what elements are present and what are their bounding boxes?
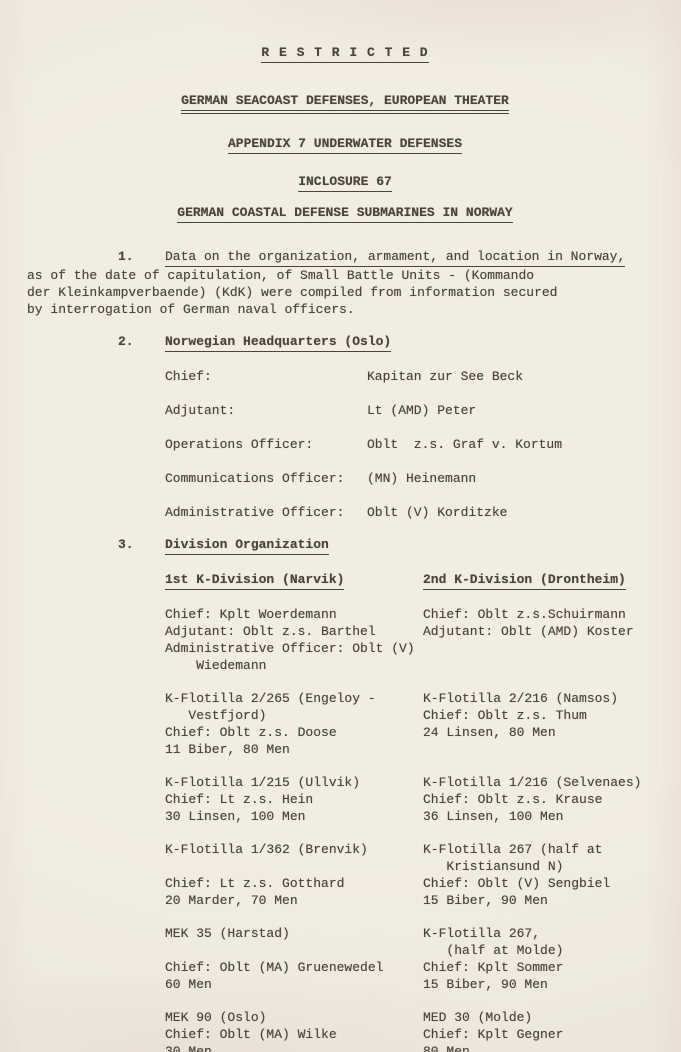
paragraph-1-line-1: 1.Data on the organization, armament, an…	[27, 248, 663, 267]
flotilla-row-1: K-Flotilla 2/265 (Engeloy - Vestfjord) C…	[165, 690, 663, 758]
subject-title-text: GERMAN COASTAL DEFENSE SUBMARINES IN NOR…	[177, 204, 512, 223]
officer-label: Chief:	[165, 368, 367, 385]
paragraph-1-line-2: as of the date of capitulation, of Small…	[27, 267, 663, 284]
flotilla-block-267-kristiansund: K-Flotilla 267 (half at Kristiansund N) …	[423, 841, 663, 909]
section-3-heading: 3.Division Organization	[27, 536, 663, 555]
section-3: 3.Division Organization 1st K-Division (…	[27, 536, 663, 1052]
division-2-heading-text: 2nd K-Division (Drontheim)	[423, 571, 626, 590]
classification-text: R E S T R I C T E D	[261, 44, 428, 63]
paragraph-1-number: 1.	[118, 248, 165, 265]
division-1-heading: 1st K-Division (Narvik)	[165, 571, 423, 590]
flotilla-block-2-265: K-Flotilla 2/265 (Engeloy - Vestfjord) C…	[165, 690, 423, 758]
flotilla-row-2: K-Flotilla 1/215 (Ullvik) Chief: Lt z.s.…	[165, 774, 663, 825]
document-title: GERMAN SEACOAST DEFENSES, EUROPEAN THEAT…	[27, 92, 663, 114]
section-2: 2.Norwegian Headquarters (Oslo) Chief: K…	[27, 333, 663, 521]
division-1-heading-text: 1st K-Division (Narvik)	[165, 571, 344, 590]
officer-row-adjutant: Adjutant: Lt (AMD) Peter	[165, 402, 663, 419]
division-columns: 1st K-Division (Narvik) 2nd K-Division (…	[27, 571, 663, 1052]
officer-label: Communications Officer:	[165, 470, 367, 487]
officer-value: Oblt (V) Korditzke	[367, 504, 507, 521]
headquarters-officer-list: Chief: Kapitan zur See Beck Adjutant: Lt…	[27, 368, 663, 521]
officer-label: Adjutant:	[165, 402, 367, 419]
flotilla-row-3: K-Flotilla 1/362 (Brenvik) Chief: Lt z.s…	[165, 841, 663, 909]
inclosure-number: INCLOSURE 67	[27, 173, 663, 192]
paragraph-1-lead: Data on the organization, armament, and …	[165, 248, 625, 267]
division-staff-row: Chief: Kplt Woerdemann Adjutant: Oblt z.…	[165, 606, 663, 674]
flotilla-block-1-362: K-Flotilla 1/362 (Brenvik) Chief: Lt z.s…	[165, 841, 423, 909]
officer-label: Administrative Officer:	[165, 504, 367, 521]
subject-title: GERMAN COASTAL DEFENSE SUBMARINES IN NOR…	[27, 204, 663, 223]
division-1-staff-block: Chief: Kplt Woerdemann Adjutant: Oblt z.…	[165, 606, 423, 674]
flotilla-row-4: MEK 35 (Harstad) Chief: Oblt (MA) Gruene…	[165, 925, 663, 993]
med-30-block: MED 30 (Molde) Chief: Kplt Gegner 80 Men	[423, 1009, 663, 1052]
appendix-title-text: APPENDIX 7 UNDERWATER DEFENSES	[228, 135, 462, 154]
officer-row-operations: Operations Officer: Oblt z.s. Graf v. Ko…	[165, 436, 663, 453]
appendix-title: APPENDIX 7 UNDERWATER DEFENSES	[27, 135, 663, 154]
section-3-number: 3.	[118, 536, 165, 553]
mek-35-block: MEK 35 (Harstad) Chief: Oblt (MA) Gruene…	[165, 925, 423, 993]
officer-row-chief: Chief: Kapitan zur See Beck	[165, 368, 663, 385]
scanned-document-page: R E S T R I C T E D GERMAN SEACOAST DEFE…	[0, 0, 681, 1052]
flotilla-row-5: MEK 90 (Oslo) Chief: Oblt (MA) Wilke 30 …	[165, 1009, 663, 1052]
division-2-heading: 2nd K-Division (Drontheim)	[423, 571, 663, 590]
division-2-staff-block: Chief: Oblt z.s.Schuirmann Adjutant: Obl…	[423, 606, 663, 640]
officer-value: Kapitan zur See Beck	[367, 368, 523, 385]
flotilla-block-1-216: K-Flotilla 1/216 (Selvenaes) Chief: Oblt…	[423, 774, 663, 825]
mek-90-block: MEK 90 (Oslo) Chief: Oblt (MA) Wilke 30 …	[165, 1009, 423, 1052]
officer-row-administrative: Administrative Officer: Oblt (V) Korditz…	[165, 504, 663, 521]
paragraph-1-line-4: by interrogation of German naval officer…	[27, 301, 663, 318]
paragraph-1-line-3: der Kleinkampverbaende) (KdK) were compi…	[27, 284, 663, 301]
inclosure-number-text: INCLOSURE 67	[298, 173, 392, 192]
document-title-text: GERMAN SEACOAST DEFENSES, EUROPEAN THEAT…	[181, 92, 509, 114]
paragraph-1: 1.Data on the organization, armament, an…	[27, 248, 663, 318]
section-2-heading: 2.Norwegian Headquarters (Oslo)	[27, 333, 663, 352]
flotilla-block-267-molde: K-Flotilla 267, (half at Molde) Chief: K…	[423, 925, 663, 993]
officer-label: Operations Officer:	[165, 436, 367, 453]
officer-row-communications: Communications Officer: (MN) Heinemann	[165, 470, 663, 487]
section-2-heading-text: Norwegian Headquarters (Oslo)	[165, 333, 391, 352]
officer-value: Oblt z.s. Graf v. Kortum	[367, 436, 562, 453]
flotilla-block-1-215: K-Flotilla 1/215 (Ullvik) Chief: Lt z.s.…	[165, 774, 423, 825]
classification-banner: R E S T R I C T E D	[27, 44, 663, 63]
officer-value: Lt (AMD) Peter	[367, 402, 476, 419]
section-2-number: 2.	[118, 333, 165, 350]
section-3-heading-text: Division Organization	[165, 536, 329, 555]
officer-value: (MN) Heinemann	[367, 470, 476, 487]
flotilla-block-2-216: K-Flotilla 2/216 (Namsos) Chief: Oblt z.…	[423, 690, 663, 741]
division-heading-row: 1st K-Division (Narvik) 2nd K-Division (…	[165, 571, 663, 590]
